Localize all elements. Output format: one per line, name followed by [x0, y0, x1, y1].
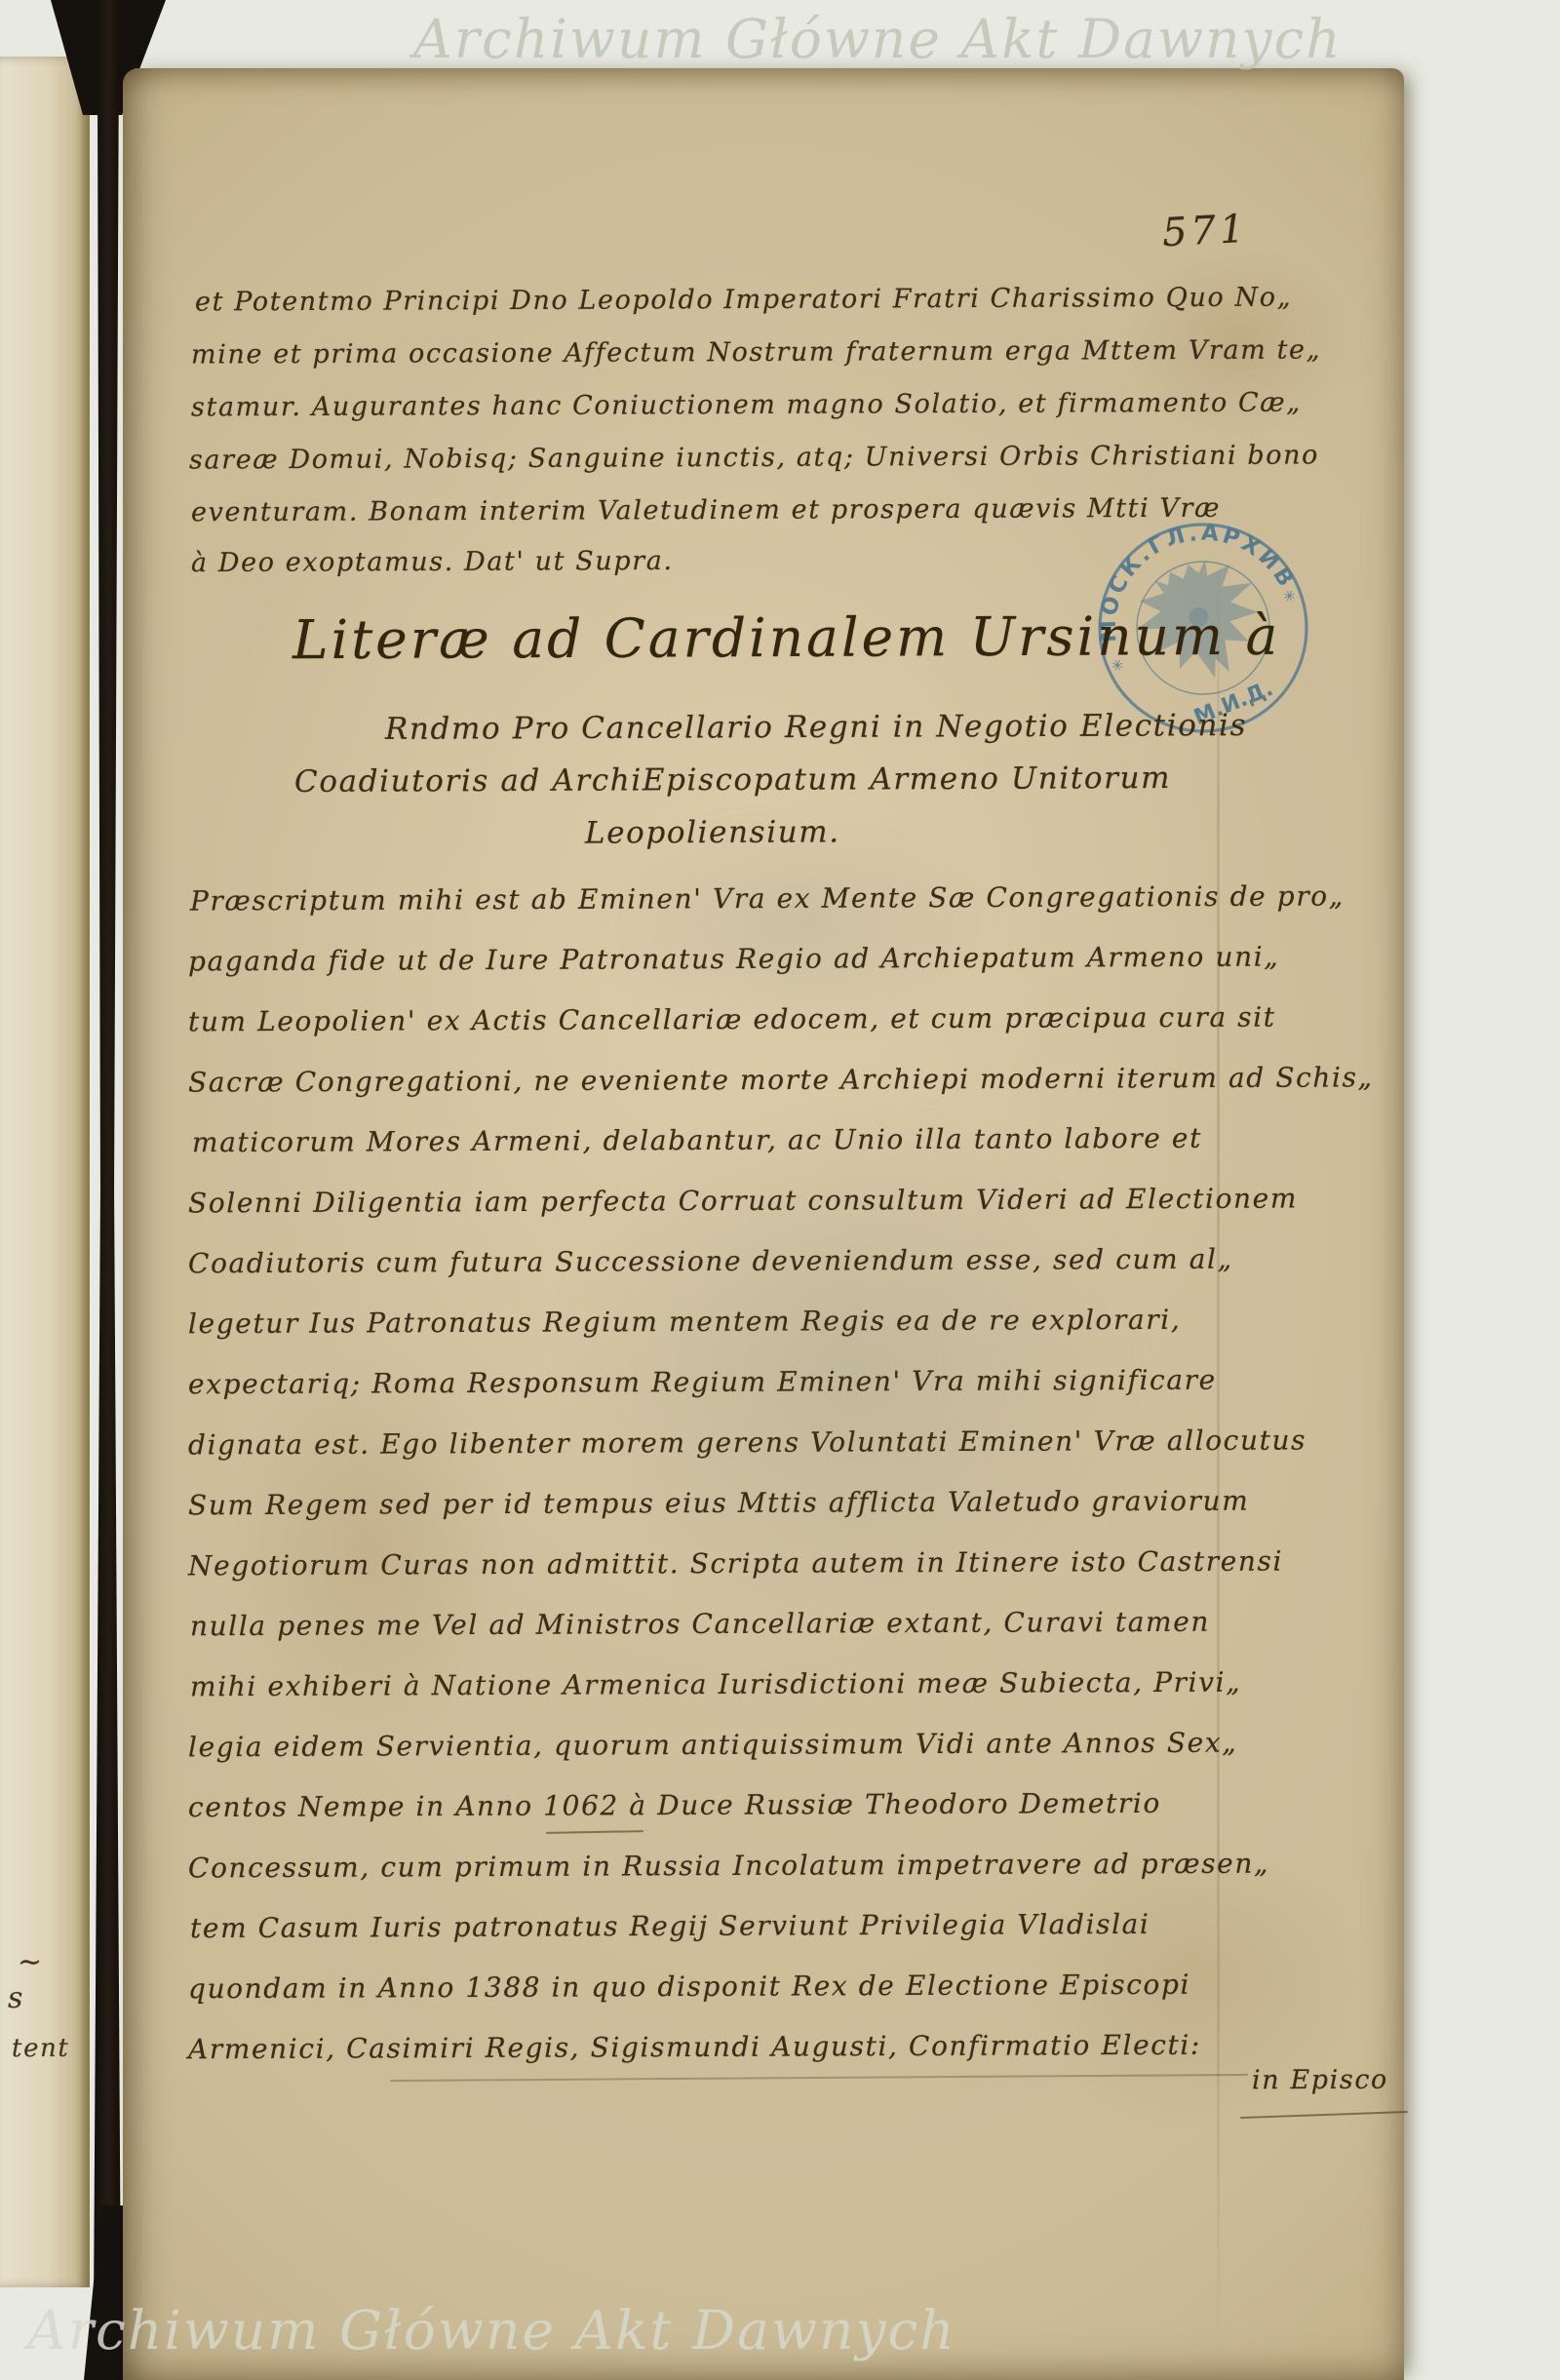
intro-line: sareæ Domui, Nobisq; Sanguine iunctis, a…	[189, 440, 1319, 475]
archive-watermark-top: Archiwum Główne Akt Dawnych	[413, 8, 1343, 70]
letter-subheading-line: Coadiutoris ad ArchiEpiscopatum Armeno U…	[294, 761, 1171, 800]
body-line: quondam in Anno 1388 in quo disponit Rex…	[188, 1969, 1190, 2005]
body-line: nulla penes me Vel ad Ministros Cancella…	[190, 1606, 1210, 1643]
body-line: maticorum Mores Armeni, delabantur, ac U…	[192, 1122, 1202, 1159]
margin-fragment: tent	[12, 2034, 70, 2063]
body-line: dignata est. Ego libenter morem gerens V…	[188, 1424, 1306, 1461]
body-line: tum Leopolien' ex Actis Cancellariæ edoc…	[188, 1001, 1276, 1038]
margin-fragment: ~	[18, 1945, 44, 1979]
body-line: expectariq; Roma Responsum Regium Eminen…	[188, 1364, 1217, 1401]
body-line: Solenni Diligentia iam perfecta Corruat …	[188, 1183, 1298, 1220]
body-line: Negotiorum Curas non admittit. Scripta a…	[188, 1545, 1283, 1582]
body-line: Sum Regem sed per id tempus eius Mttis a…	[188, 1485, 1249, 1522]
intro-line: à Deo exoptamus. Dat' ut Supra.	[191, 546, 674, 578]
book-binding-gutter	[92, 0, 123, 2380]
body-line: centos Nempe in Anno 1062 à Duce Russiæ …	[188, 1787, 1161, 1823]
stamp-separator: ✳	[1280, 586, 1298, 606]
margin-fragment: s	[8, 1981, 24, 2015]
body-line: mihi exhiberi à Natione Armenica Iurisdi…	[190, 1666, 1241, 1703]
intro-line: stamur. Augurantes hanc Coniuctionem mag…	[191, 388, 1302, 423]
intro-line: mine et prima occasione Affectum Nostrum…	[191, 334, 1321, 370]
body-line: Sacræ Congregationi, ne eveniente morte …	[188, 1061, 1374, 1098]
letter-subheading-line: Leopoliensium.	[585, 814, 840, 850]
intro-line: eventuram. Bonam interim Valetudinem et …	[191, 493, 1221, 528]
body-line: Concessum, cum primum in Russia Incolatu…	[188, 1848, 1269, 1885]
body-line: legetur Ius Patronatus Regium mentem Reg…	[188, 1304, 1181, 1340]
catchword: in Episco	[1252, 2065, 1388, 2096]
body-line: paganda fide ut de Iure Patronatus Regio…	[188, 941, 1279, 978]
body-line: legia eidem Servientia, quorum antiquiss…	[188, 1727, 1237, 1764]
folio-number: 571	[1161, 207, 1250, 256]
previous-page-edge	[0, 57, 90, 2287]
intro-line: et Potentmo Principi Dno Leopoldo Impera…	[195, 283, 1292, 318]
letter-heading: Literæ ad Cardinalem Ursinum à	[292, 605, 1281, 671]
archival-scan-viewport: 571 et Potentmo Principi Dno Leopoldo Im…	[0, 0, 1560, 2380]
body-line: Præscriptum mihi est ab Eminen' Vra ex M…	[190, 879, 1345, 917]
letter-subheading-line: Rndmo Pro Cancellario Regni in Negotio E…	[385, 708, 1247, 747]
page-crease	[1217, 546, 1220, 2380]
body-line: tem Casum Iuris patronatus Regij Serviun…	[190, 1908, 1150, 1944]
body-line: Armenici, Casimiri Regis, Sigismundi Aug…	[188, 2029, 1201, 2066]
body-line: Coadiutoris cum futura Successione deven…	[188, 1243, 1233, 1280]
